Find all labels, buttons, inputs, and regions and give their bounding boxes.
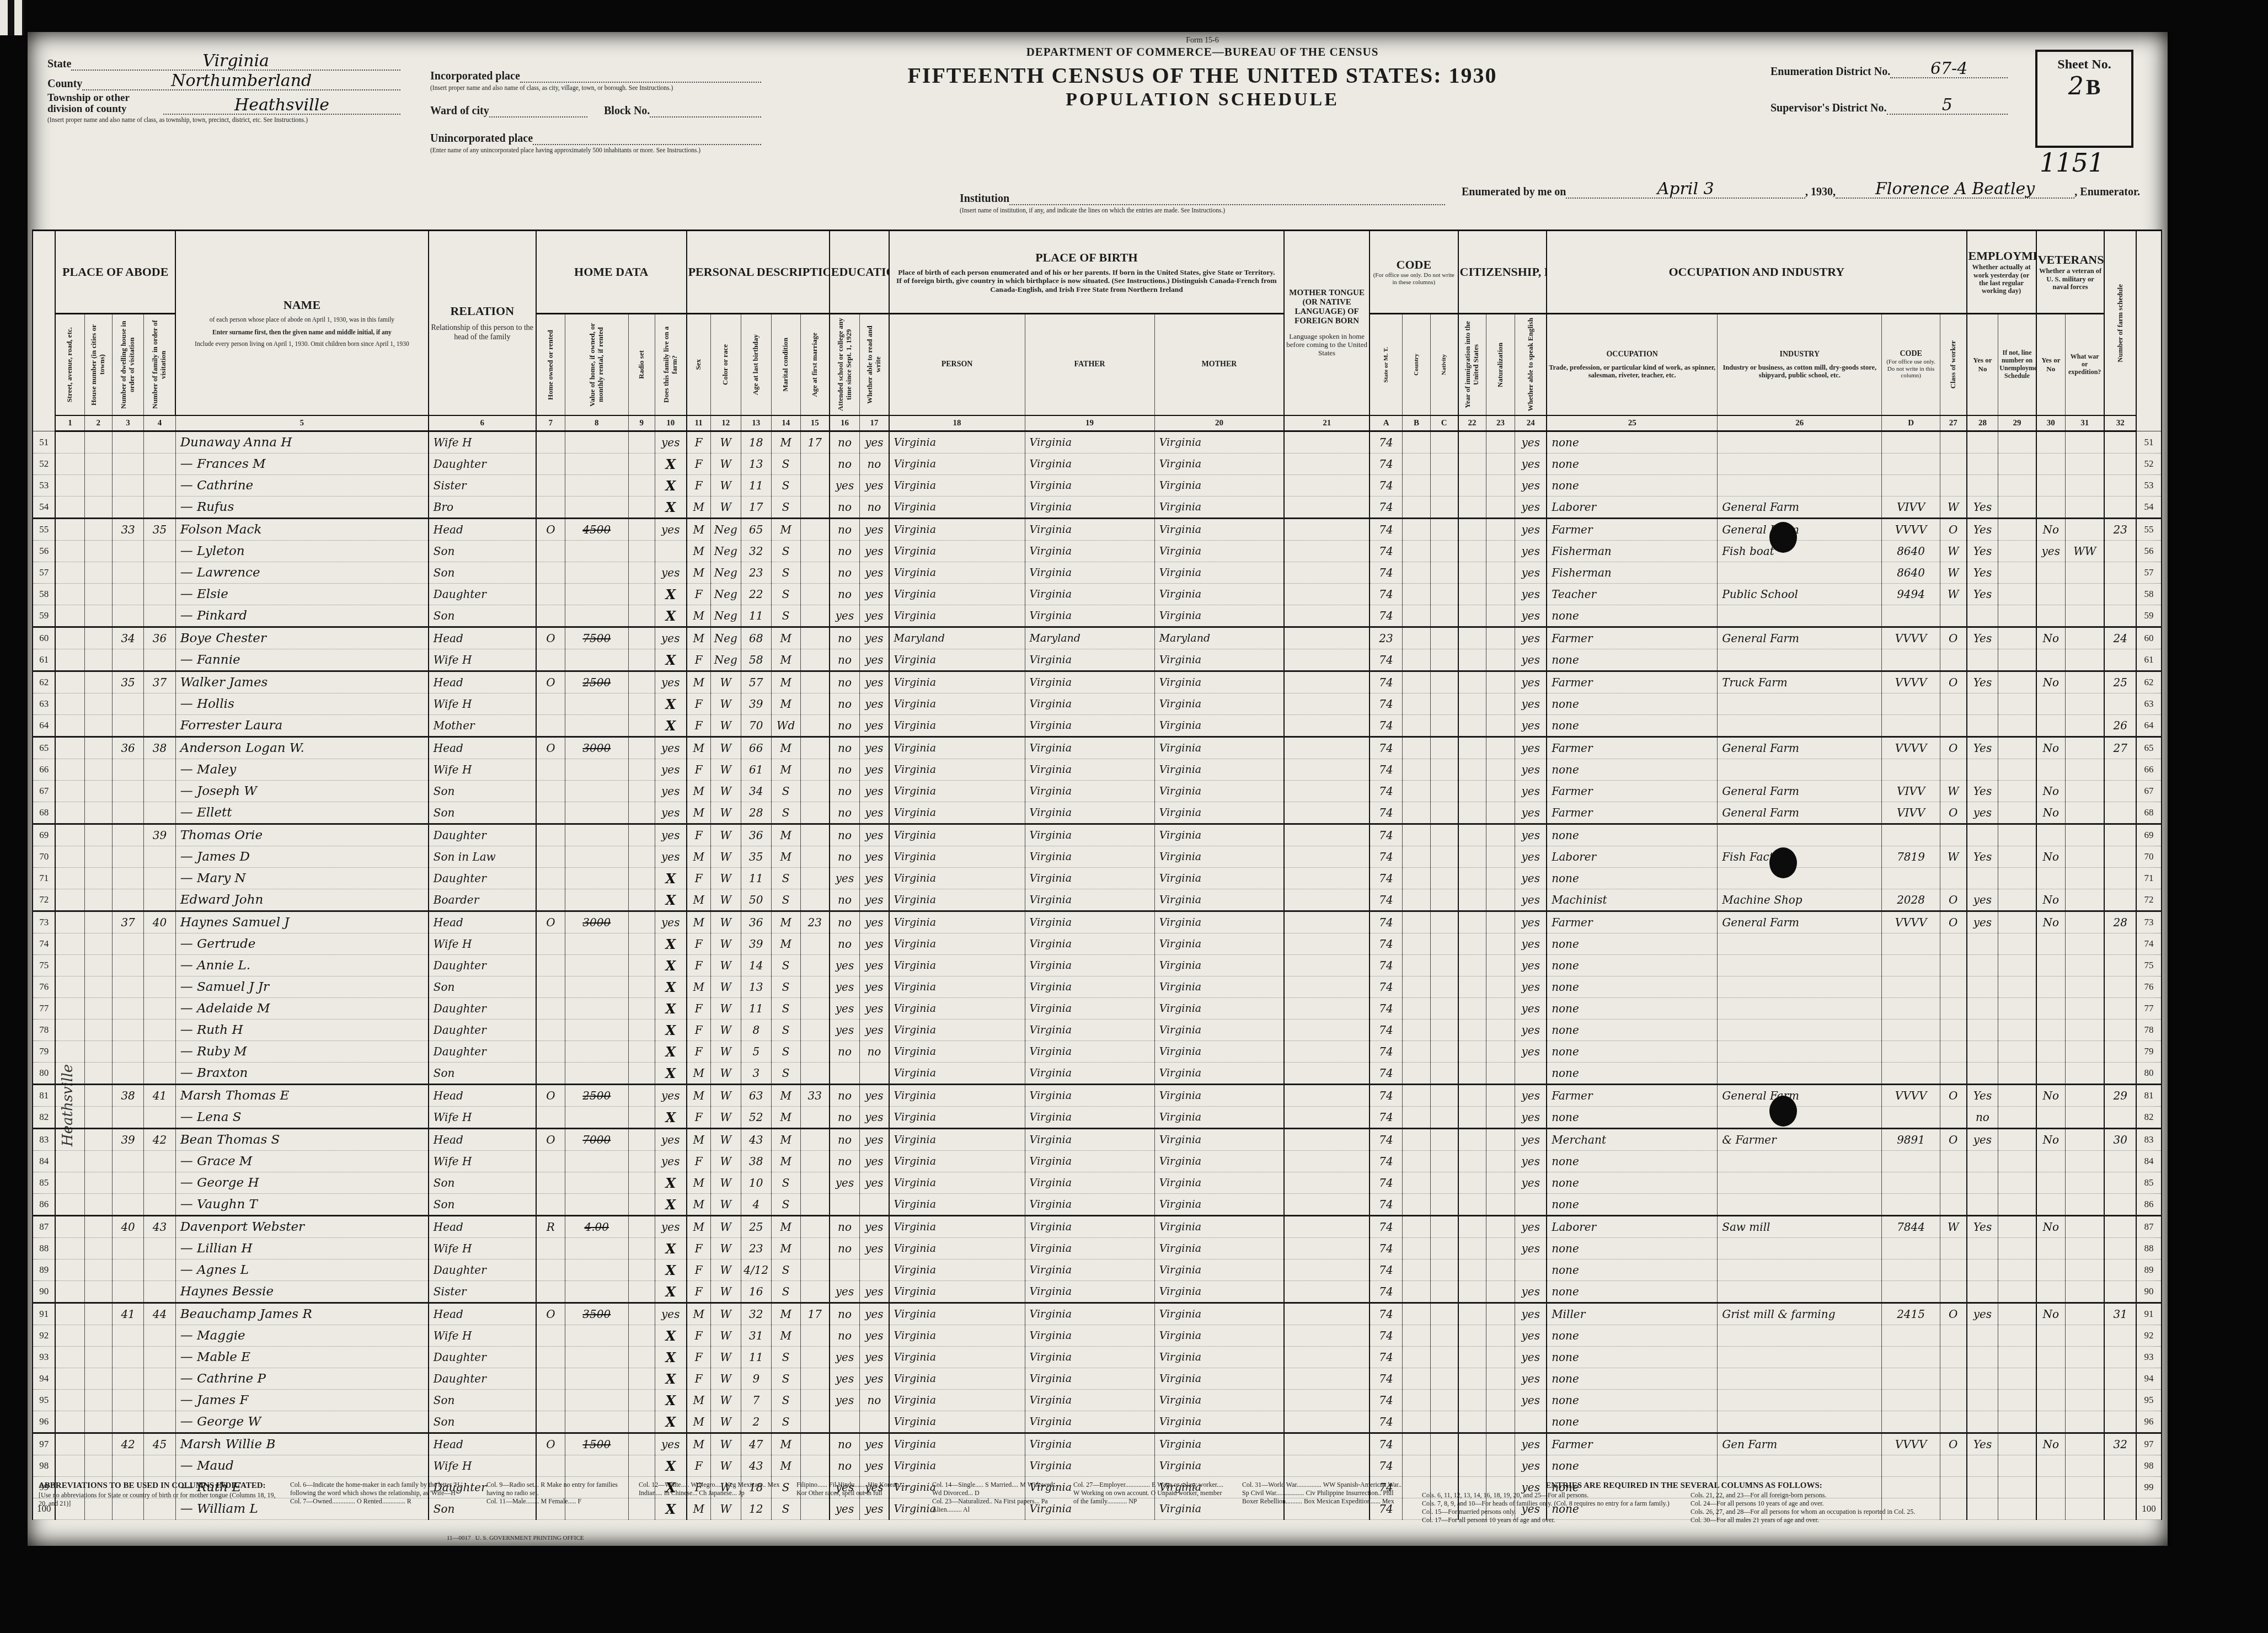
census-row: 874043Davenport WebsterHeadR4.00yesMW25M… [33, 1216, 2162, 1238]
cell-dwell: 41 [112, 1303, 143, 1325]
cell-nat [1486, 868, 1515, 889]
cell-e29 [1998, 1151, 2036, 1172]
cell-eng: yes [1515, 649, 1547, 671]
cell-farm: X [655, 605, 686, 627]
cell-farm: yes [655, 627, 686, 649]
cell-e29 [1998, 715, 2036, 737]
cell-e28 [1967, 475, 1998, 497]
cell-bm: Virginia [1154, 824, 1284, 846]
cell-mar: S [771, 453, 800, 475]
cell-value: 3500 [565, 1303, 628, 1325]
cell-v30: No [2036, 1129, 2066, 1151]
line-number: 65 [2136, 737, 2162, 759]
cell-f32 [2104, 1172, 2136, 1194]
group-mother-tongue: MOTHER TONGUE (OR NATIVE LANGUAGE) OF FO… [1284, 231, 1370, 416]
cell-bp: Virginia [889, 1194, 1025, 1216]
cell-name: — George W [175, 1411, 429, 1433]
cell-radio [628, 497, 655, 519]
cell-bp: Virginia [889, 802, 1025, 824]
cell-f32 [2104, 584, 2136, 605]
cell-eng: yes [1515, 933, 1547, 955]
incorporated-label: Incorporated place [430, 70, 520, 83]
line-number: 80 [2136, 1063, 2162, 1085]
cell-mar: S [771, 1281, 800, 1303]
cell-sex: M [687, 1303, 711, 1325]
cell-e29 [1998, 1063, 2036, 1085]
cell-house [84, 431, 112, 453]
cell-e29 [1998, 1020, 2036, 1041]
cell-farm: X [655, 1107, 686, 1129]
cell-f32 [2104, 649, 2136, 671]
cell-w31 [2065, 802, 2104, 824]
cell-dwell [112, 1151, 143, 1172]
cell-fam [144, 475, 175, 497]
cell-tongue [1284, 1238, 1370, 1260]
cell-value [565, 846, 628, 868]
cell-cB [1403, 431, 1430, 453]
cell-f32 [2104, 1390, 2136, 1411]
cell-fam [144, 1020, 175, 1041]
census-row: 66— MaleyWife HyesFW61MnoyesVirginiaVirg… [33, 759, 2162, 781]
cell-w31 [2065, 1498, 2104, 1520]
cell-color: W [710, 802, 741, 824]
column-code-country: Country [1403, 314, 1430, 416]
census-row: 75— Annie L.DaughterXFW14SyesyesVirginia… [33, 955, 2162, 976]
cell-cB [1403, 671, 1430, 693]
cell-cC [1430, 1390, 1458, 1411]
cell-bm: Virginia [1154, 998, 1284, 1020]
cell-e28 [1967, 933, 1998, 955]
cell-imm [1458, 1390, 1486, 1411]
cell-nat [1486, 1238, 1515, 1260]
cell-rel: Head [429, 737, 536, 759]
cell-occ: none [1547, 715, 1718, 737]
cell-cB [1403, 1041, 1430, 1063]
cell-radio [628, 1325, 655, 1347]
cell-sex: M [687, 1085, 711, 1107]
cell-dwell [112, 824, 143, 846]
line-number: 86 [2136, 1194, 2162, 1216]
cell-cA: 74 [1370, 933, 1403, 955]
cell-cA: 74 [1370, 1368, 1403, 1390]
cell-eng: yes [1515, 911, 1547, 933]
cell-ind [1718, 1455, 1882, 1477]
line-number: 63 [2136, 693, 2162, 715]
cell-ind: Fish Factory [1718, 846, 1882, 868]
cell-v30: No [2036, 671, 2066, 693]
cell-name: — Lawrence [175, 562, 429, 584]
cell-tongue [1284, 998, 1370, 1020]
cell-bf: Virginia [1025, 1151, 1154, 1172]
cell-street [55, 1216, 84, 1238]
cell-ind [1718, 1020, 1882, 1041]
cell-bm: Virginia [1154, 649, 1284, 671]
cell-bm: Virginia [1154, 889, 1284, 911]
cell-sex: M [687, 1390, 711, 1411]
census-row: 94— Cathrine PDaughterXFW9SyesyesVirgini… [33, 1368, 2162, 1390]
cell-bp: Virginia [889, 1455, 1025, 1477]
cell-imm [1458, 1107, 1486, 1129]
cell-radio [628, 955, 655, 976]
cell-rel: Daughter [429, 584, 536, 605]
cell-radio [628, 998, 655, 1020]
cell-cB [1403, 1347, 1430, 1368]
cell-ind [1718, 1151, 1882, 1172]
cell-imm [1458, 1041, 1486, 1063]
cell-cls: O [1940, 737, 1966, 759]
cell-cD [1882, 649, 1940, 671]
cell-cA: 74 [1370, 824, 1403, 846]
cell-w31 [2065, 1107, 2104, 1129]
cell-school: no [830, 671, 860, 693]
cell-eng: yes [1515, 1390, 1547, 1411]
line-number: 88 [2136, 1238, 2162, 1260]
cell-f32 [2104, 1281, 2136, 1303]
institution-label: Institution [960, 193, 1009, 205]
cell-cD [1882, 1238, 1940, 1260]
cell-name: Walker James [175, 671, 429, 693]
cell-rel: Head [429, 627, 536, 649]
entries-title: ENTRIES ARE REQUIRED IN THE SEVERAL COLU… [1422, 1481, 1946, 1491]
cell-agefm [800, 649, 830, 671]
cell-cls [1940, 1260, 1966, 1281]
cell-color: W [710, 976, 741, 998]
cell-farm: X [655, 1390, 686, 1411]
cell-rel: Son [429, 976, 536, 998]
cell-bf: Virginia [1025, 998, 1154, 1020]
cell-e29 [1998, 737, 2036, 759]
cell-cls: W [1940, 846, 1966, 868]
cell-cls: W [1940, 584, 1966, 605]
cell-fam: 38 [144, 737, 175, 759]
cell-street [55, 1260, 84, 1281]
cell-cD: VIVV [1882, 497, 1940, 519]
entries-line4: Col. 17—For all persons 10 years of age … [1422, 1516, 1677, 1524]
cell-w31 [2065, 715, 2104, 737]
cell-ind: General Farm [1718, 737, 1882, 759]
cell-bp: Virginia [889, 1085, 1025, 1107]
cell-cA: 74 [1370, 1281, 1403, 1303]
line-number: 58 [2136, 584, 2162, 605]
cell-radio [628, 1020, 655, 1041]
cell-fam [144, 1063, 175, 1085]
cell-street [55, 1194, 84, 1216]
cell-rel: Son in Law [429, 846, 536, 868]
cell-w31 [2065, 889, 2104, 911]
cell-school: yes [830, 955, 860, 976]
cell-read: yes [860, 868, 889, 889]
cell-agefm [800, 824, 830, 846]
cell-imm [1458, 649, 1486, 671]
census-row: 64Forrester LauraMotherXFW70WdnoyesVirgi… [33, 715, 2162, 737]
cell-cA: 74 [1370, 475, 1403, 497]
line-number: 57 [2136, 562, 2162, 584]
cell-f32 [2104, 1325, 2136, 1347]
cell-f32 [2104, 605, 2136, 627]
cell-value: 4500 [565, 519, 628, 541]
cell-name: — James D [175, 846, 429, 868]
abbrev-col23: Col. 23—Naturalized.. Na First papers...… [932, 1497, 1059, 1514]
line-number: 66 [33, 759, 55, 781]
cell-house [84, 1303, 112, 1325]
cell-farm: yes [655, 1085, 686, 1107]
cell-rel: Daughter [429, 955, 536, 976]
cell-ind [1718, 1390, 1882, 1411]
cell-street [55, 759, 84, 781]
cell-bp: Virginia [889, 715, 1025, 737]
cell-sex: M [687, 671, 711, 693]
column-number: 17 [860, 415, 889, 431]
cell-name: Haynes Bessie [175, 1281, 429, 1303]
cell-street [55, 605, 84, 627]
cell-cC [1430, 1455, 1458, 1477]
cell-fam [144, 693, 175, 715]
cell-v30: No [2036, 846, 2066, 868]
cell-nat [1486, 1390, 1515, 1411]
column-age: Age at last birthday [741, 314, 771, 416]
cell-cls [1940, 475, 1966, 497]
cell-cB [1403, 1063, 1430, 1085]
cell-sex: F [687, 1260, 711, 1281]
cell-e28: yes [1967, 1129, 1998, 1151]
cell-f32 [2104, 431, 2136, 453]
cell-v30 [2036, 998, 2066, 1020]
cell-e28 [1967, 1194, 1998, 1216]
cell-eng: yes [1515, 889, 1547, 911]
cell-ind: General Farm [1718, 497, 1882, 519]
cell-name: Haynes Samuel J [175, 911, 429, 933]
cell-dwell [112, 781, 143, 802]
cell-bm: Virginia [1154, 1347, 1284, 1368]
cell-age: 65 [741, 519, 771, 541]
cell-house [84, 1347, 112, 1368]
cell-radio [628, 605, 655, 627]
cell-ind [1718, 1411, 1882, 1433]
census-row: 68— EllettSonyesMW28SnoyesVirginiaVirgin… [33, 802, 2162, 824]
line-number: 64 [2136, 715, 2162, 737]
cell-read: no [860, 1390, 889, 1411]
cell-value [565, 955, 628, 976]
column-occupation-code: CODE (For office use only. Do not write … [1882, 314, 1940, 416]
sheet-number-value: 2 [2068, 72, 2084, 100]
cell-bp: Virginia [889, 519, 1025, 541]
column-sex: Sex [687, 314, 711, 416]
cell-bm: Virginia [1154, 453, 1284, 475]
cell-cB [1403, 1390, 1430, 1411]
cell-school: no [830, 541, 860, 562]
census-title: FIFTEENTH CENSUS OF THE UNITED STATES: 1… [789, 62, 1616, 88]
cell-bm: Maryland [1154, 627, 1284, 649]
cell-bp: Virginia [889, 976, 1025, 998]
cell-value [565, 1194, 628, 1216]
line-number: 76 [2136, 976, 2162, 998]
cell-bp: Virginia [889, 1411, 1025, 1433]
line-number: 51 [33, 431, 55, 453]
cell-name: — Ruby M [175, 1041, 429, 1063]
column-occupation: OCCUPATION Trade, profession, or particu… [1547, 314, 1718, 416]
cell-v30 [2036, 759, 2066, 781]
cell-read: yes [860, 955, 889, 976]
cell-cA: 74 [1370, 671, 1403, 693]
cell-cD [1882, 1172, 1940, 1194]
entries-line8: Col. 30—For all males 21 years of age an… [1691, 1516, 1946, 1524]
cell-school: no [830, 1303, 860, 1325]
cell-bf: Virginia [1025, 541, 1154, 562]
cell-v30 [2036, 715, 2066, 737]
column-number: B [1403, 415, 1430, 431]
cell-occ: none [1547, 1347, 1718, 1368]
cell-tongue [1284, 1063, 1370, 1085]
cell-e29 [1998, 933, 2036, 955]
cell-farm: X [655, 453, 686, 475]
line-number: 72 [33, 889, 55, 911]
cell-age: 18 [741, 431, 771, 453]
cell-imm [1458, 541, 1486, 562]
cell-house [84, 541, 112, 562]
cell-bf: Virginia [1025, 497, 1154, 519]
cell-eng: yes [1515, 453, 1547, 475]
cell-sex: M [687, 627, 711, 649]
cell-e28 [1967, 1281, 1998, 1303]
cell-agefm [800, 1194, 830, 1216]
cell-e29 [1998, 1303, 2036, 1325]
cell-bm: Virginia [1154, 497, 1284, 519]
cell-bm: Virginia [1154, 693, 1284, 715]
cell-w31 [2065, 1194, 2104, 1216]
cell-value [565, 1063, 628, 1085]
cell-dwell: 39 [112, 1129, 143, 1151]
column-number: 25 [1547, 415, 1718, 431]
cell-age: 32 [741, 541, 771, 562]
cell-agefm [800, 889, 830, 911]
cell-bm: Virginia [1154, 1107, 1284, 1129]
cell-street [55, 627, 84, 649]
cell-mar: M [771, 846, 800, 868]
abbrev-col31: Col. 31—World War............... WW Span… [1242, 1481, 1408, 1506]
cell-cA: 74 [1370, 1433, 1403, 1455]
line-number: 69 [33, 824, 55, 846]
cell-fam [144, 846, 175, 868]
cell-rel: Wife H [429, 1325, 536, 1347]
cell-farm: yes [655, 562, 686, 584]
cell-cC [1430, 453, 1458, 475]
cell-bp: Virginia [889, 541, 1025, 562]
cell-fam [144, 933, 175, 955]
cell-farm: yes [655, 1129, 686, 1151]
cell-own [536, 562, 565, 584]
cell-occ: none [1547, 1041, 1718, 1063]
cell-mar: M [771, 1303, 800, 1325]
cell-dwell [112, 955, 143, 976]
cell-age: 23 [741, 1238, 771, 1260]
cell-bp: Virginia [889, 998, 1025, 1020]
cell-farm: X [655, 998, 686, 1020]
cell-dwell [112, 649, 143, 671]
cell-rel: Head [429, 1433, 536, 1455]
cell-bm: Virginia [1154, 955, 1284, 976]
cell-dwell [112, 453, 143, 475]
cell-name: — George H [175, 1172, 429, 1194]
cell-cA: 74 [1370, 1041, 1403, 1063]
census-row: 813841Marsh Thomas EHeadO2500yesMW63M33n… [33, 1085, 2162, 1107]
cell-school: yes [830, 976, 860, 998]
cell-ind [1718, 976, 1882, 998]
column-number: 27 [1940, 415, 1966, 431]
cell-rel: Boarder [429, 889, 536, 911]
cell-bm: Virginia [1154, 1020, 1284, 1041]
cell-sex: M [687, 1411, 711, 1433]
line-number: 88 [33, 1238, 55, 1260]
cell-f32: 30 [2104, 1129, 2136, 1151]
line-number: 97 [2136, 1433, 2162, 1455]
cell-name: Beauchamp James R [175, 1303, 429, 1325]
cell-occ: none [1547, 824, 1718, 846]
cell-eng: yes [1515, 802, 1547, 824]
cell-v30 [2036, 1368, 2066, 1390]
cell-age: 11 [741, 605, 771, 627]
cell-ind [1718, 955, 1882, 976]
cell-read: yes [860, 541, 889, 562]
cell-mar: S [771, 562, 800, 584]
cell-radio [628, 715, 655, 737]
cell-v30: No [2036, 1433, 2066, 1455]
cell-age: 68 [741, 627, 771, 649]
cell-v30 [2036, 693, 2066, 715]
cell-dwell [112, 1172, 143, 1194]
cell-bf: Virginia [1025, 1325, 1154, 1347]
cell-w31 [2065, 1020, 2104, 1041]
cell-eng: yes [1515, 431, 1547, 453]
cell-value [565, 1172, 628, 1194]
cell-value: 2500 [565, 671, 628, 693]
cell-sex: M [687, 541, 711, 562]
cell-e28 [1967, 824, 1998, 846]
cell-agefm: 23 [800, 911, 830, 933]
cell-radio [628, 1238, 655, 1260]
cell-e28 [1967, 693, 1998, 715]
cell-cC [1430, 1085, 1458, 1107]
cell-cls [1940, 1325, 1966, 1347]
cell-radio [628, 781, 655, 802]
cell-sex: M [687, 1129, 711, 1151]
cell-color: W [710, 1455, 741, 1477]
cell-tongue [1284, 475, 1370, 497]
cell-house [84, 955, 112, 976]
cell-eng: yes [1515, 824, 1547, 846]
cell-dwell [112, 497, 143, 519]
column-number: 30 [2036, 415, 2066, 431]
cell-school: no [830, 889, 860, 911]
cell-cls [1940, 759, 1966, 781]
cell-w31 [2065, 475, 2104, 497]
cell-dwell [112, 562, 143, 584]
cell-farm: X [655, 1194, 686, 1216]
cell-dwell [112, 1347, 143, 1368]
cell-e29 [1998, 453, 2036, 475]
cell-bp: Virginia [889, 671, 1025, 693]
line-number: 61 [33, 649, 55, 671]
census-row: 51Dunaway Anna HWife HyesFW18M17noyesVir… [33, 431, 2162, 453]
cell-e29 [1998, 1194, 2036, 1216]
cell-mar: S [771, 1390, 800, 1411]
cell-cB [1403, 1238, 1430, 1260]
cell-value [565, 541, 628, 562]
cell-rel: Daughter [429, 1368, 536, 1390]
cell-cA: 74 [1370, 1303, 1403, 1325]
cell-bf: Virginia [1025, 1194, 1154, 1216]
line-number: 84 [2136, 1151, 2162, 1172]
abbreviations-footer: ABBREVIATIONS TO BE USED IN COLUMNS INDI… [39, 1481, 2002, 1524]
